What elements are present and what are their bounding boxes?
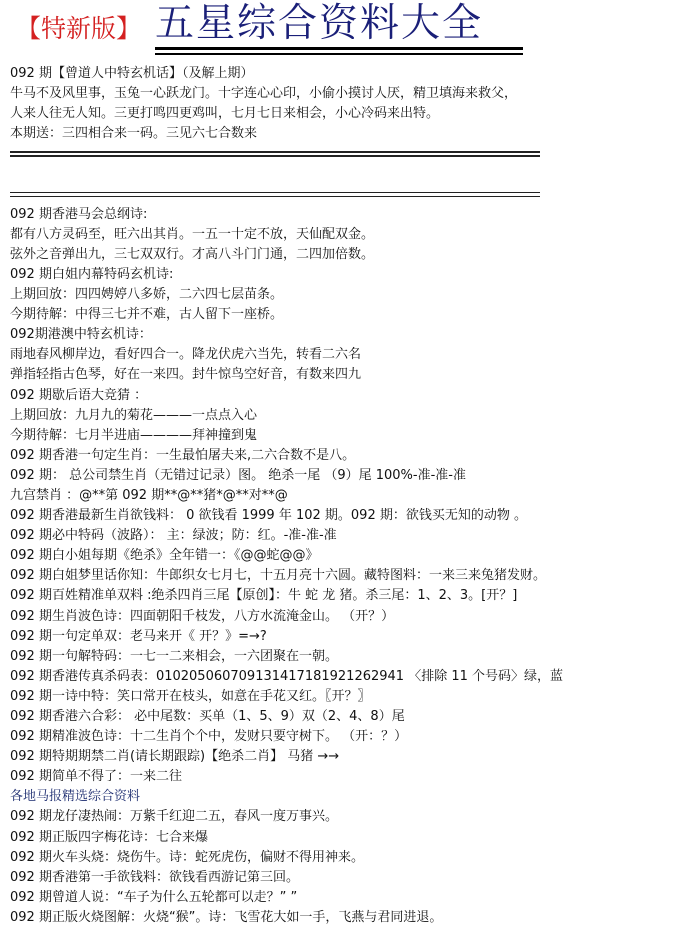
text-line: 本期送：三四相合来一码。三见六七合数来 — [10, 124, 685, 144]
double-line-separator — [10, 185, 685, 205]
text-line: 092 期一句定单双：老马来开《 开？》=→? — [10, 627, 685, 647]
page-header: 【特新版】 五星综合资料大全 — [0, 0, 690, 56]
text-line: 092 期龙仔凄热闹：万紫千红迎二五，春风一度万事兴。 — [10, 807, 685, 827]
page-title: 五星综合资料大全 — [155, 2, 483, 46]
text-line: 弦外之音弹出九，三七双双行。才高八斗门门通，二四加倍数。 — [10, 245, 685, 265]
section-heading: 各地马报精选综合资料 — [10, 787, 685, 807]
text-line: 092 期白姐内幕特码玄机诗: — [10, 265, 685, 285]
text-line: 092 期特期期禁二肖(请长期跟踪)【绝杀二肖】 马猪 →→ — [10, 747, 685, 767]
text-line: 092 期【曾道人中特玄机话】（及解上期） — [10, 64, 685, 84]
text-line: 092 期白小姐每期《绝杀》全年错一：《@@蛇@@》 — [10, 546, 685, 566]
text-line: 今期待解：中得三七并不难，古人留下一座桥。 — [10, 305, 685, 325]
text-line: 牛马不及风里事，玉兔一心跃龙门。十字连心心印，小偷小摸讨人厌，精卫填海来救父， — [10, 84, 685, 104]
text-line: 092 期必中特码（波路）： 主：绿波；防：红。-准-准-准 — [10, 526, 685, 546]
document-body: 092 期【曾道人中特玄机话】（及解上期）牛马不及风里事，玉兔一心跃龙门。十字连… — [10, 64, 685, 928]
text-line: 092 期香港马会总纲诗: — [10, 205, 685, 225]
text-line: 雨地春风柳岸边，看好四合一。降龙伏虎六当先，转看二六名 — [10, 345, 685, 365]
text-line: 092 期正版火烧图解：火烧“猴”。诗：飞雪花大如一手，飞燕与君同进退。 — [10, 908, 685, 928]
edition-badge: 【特新版】 — [16, 14, 141, 44]
text-line: 人来人往无人知。三更打鸣四更鸡叫，七月七日来相会，小心冷码来出特。 — [10, 104, 685, 124]
text-line: 092期港澳中特玄机诗： — [10, 325, 685, 345]
text-line: 092 期香港第一手欲钱料：欲钱看西游记第三回。 — [10, 868, 685, 888]
text-line: 092 期香港一句定生肖：一生最怕屠夫来,二六合数不是八。 — [10, 446, 685, 466]
text-line: 092 期正版四字梅花诗：七合来爆 — [10, 828, 685, 848]
text-line: 今期待解：七月半进庙————拜神撞到鬼 — [10, 426, 685, 446]
blank-line — [10, 164, 685, 184]
double-line-separator — [10, 144, 685, 164]
text-line: 九宫禁肖 ：@**第 092 期**@**猪*@**对**@ — [10, 486, 685, 506]
text-line: 092 期一诗中特：笑口常开在枝头，如意在手花又红。〖开？〗 — [10, 687, 685, 707]
text-line: 092 期百姓精准单双料 :绝杀四肖三尾【原创】：牛 蛇 龙 猪。杀三尾：1、2… — [10, 586, 685, 606]
text-line: 092 期精准波色诗：十二生肖个个中，发财只要守树下。 （开：？） — [10, 727, 685, 747]
text-line: 092 期香港最新生肖欲钱料： 0 欲钱看 1999 年 102 期。092 期… — [10, 506, 685, 526]
text-line: 上期回放：四四娉婷八多娇，二六四七层苗条。 — [10, 285, 685, 305]
separator-bar — [10, 151, 540, 153]
text-line: 092 期一句解特码：一七一二来相会，一六团聚在一朝。 — [10, 647, 685, 667]
text-line: 092 期： 总公司禁生肖（无错过记录）图。 绝杀一尾 （9）尾 100%-准-… — [10, 466, 685, 486]
text-line: 上期回放：九月九的菊花———一点点入心 — [10, 406, 685, 426]
text-line: 092 期香港传真杀码表：010205060709131417181921262… — [10, 667, 685, 687]
text-line: 弹指轻指古色琴，好在一来四。封牛惊鸟空好音，有数来四九 — [10, 365, 685, 385]
separator-bar — [10, 196, 540, 198]
title-underline-thick — [155, 47, 523, 50]
text-line: 092 期香港六合彩： 必中尾数：买单（1、5、9）双（2、4、8）尾 — [10, 707, 685, 727]
text-line: 092 期火车头烧：烧伤牛。诗：蛇死虎伤，偏财不得用神来。 — [10, 848, 685, 868]
text-line: 092 期歇后语大竞猜 ： — [10, 386, 685, 406]
text-line: 092 期生肖波色诗：四面朝阳千枝发，八方水流淹金山。 （开？） — [10, 607, 685, 627]
separator-bar — [10, 192, 540, 194]
title-underline-thin — [155, 53, 523, 55]
text-line: 都有八方灵码至，旺六出其肖。一五一十定不放，天仙配双金。 — [10, 225, 685, 245]
text-line: 092 期白姐梦里话你知：牛郎织女七月七，十五月亮十六圆。藏特图料：一来三来兔猪… — [10, 566, 685, 586]
text-line: 092 期简单不得了：一来二往 — [10, 767, 685, 787]
separator-bar — [10, 155, 540, 157]
text-line: 092 期曾道人说：“车子为什么五轮都可以走？” ” — [10, 888, 685, 908]
